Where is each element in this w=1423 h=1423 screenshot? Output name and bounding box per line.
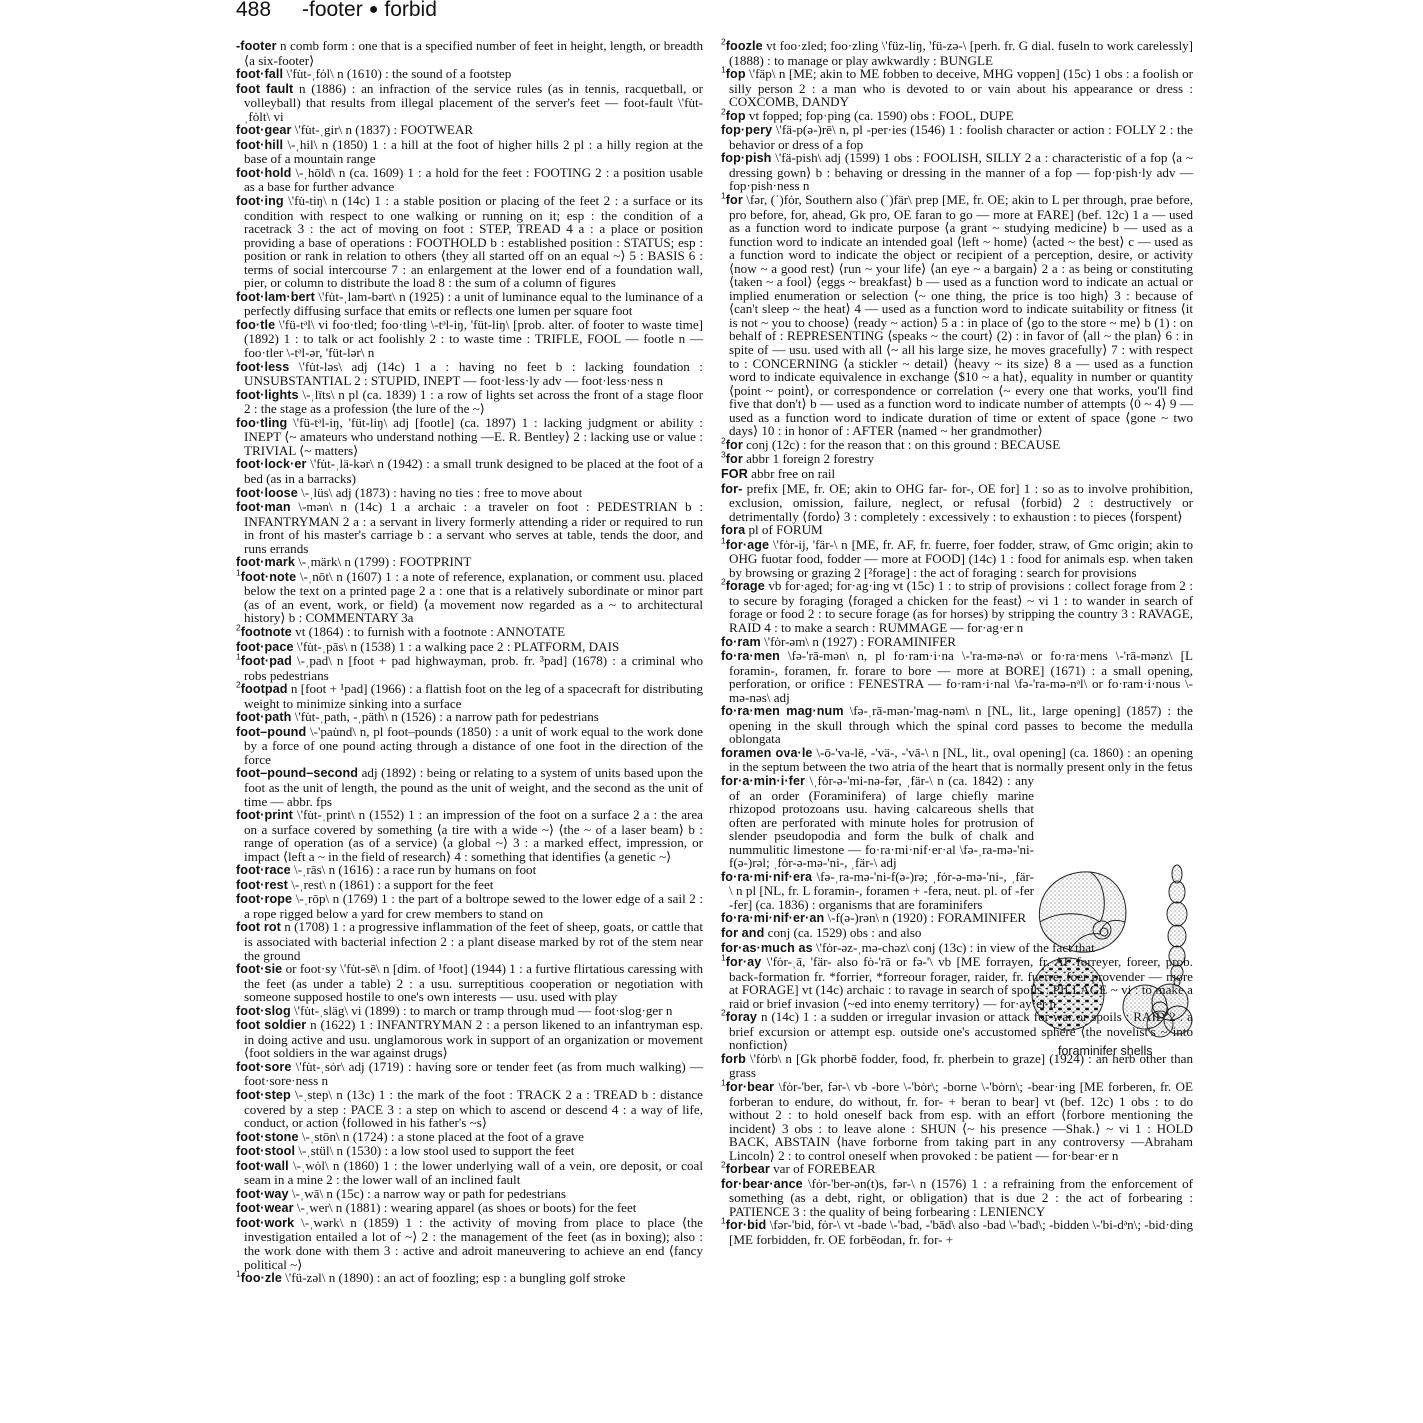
definition-text: \-ˌhil\ n (1850) 1 : a hill at the foot … — [244, 137, 703, 167]
definition-text: \'fu̇t-ləs\ adj (14c) 1 a : having no fe… — [244, 359, 703, 389]
dictionary-entry: foot·hold \-ˌhōld\ n (ca. 1609) 1 : a ho… — [236, 166, 703, 194]
dictionary-entry: foot rot n (1708) 1 : a progressive infl… — [236, 920, 703, 962]
separator-dot: ● — [369, 1, 379, 18]
dictionary-entry: foot·stone \-ˌstōn\ n (1724) : a stone p… — [236, 1130, 703, 1145]
headword: foo·tling — [236, 416, 287, 430]
headword: forb — [721, 1052, 746, 1066]
headword: for — [726, 438, 743, 452]
headword: foot·lock·er — [236, 457, 306, 471]
headword: for·ay — [726, 955, 762, 969]
headword: fop — [726, 67, 746, 81]
headword: for·bear·ance — [721, 1177, 803, 1191]
definition-text: pl of FORUM — [745, 522, 822, 537]
dictionary-entry: 1for \fər, (ˈ)fȯr, Southern also (ˈ)fär\… — [721, 193, 1193, 438]
definition-text: \'fü-tᵊl-iŋ, 'füt-liŋ\ adj [footle] (ca.… — [244, 415, 703, 458]
headword: fo·ra·mi·nif·era — [721, 870, 812, 884]
dictionary-entry: foot·hill \-ˌhil\ n (1850) 1 : a hill at… — [236, 138, 703, 166]
headword: for — [726, 452, 743, 466]
dictionary-entry: fo·ra·men mag·num \fə-ˌrā-mən-'mag-nəm\ … — [721, 704, 1193, 746]
foraminifer-shells-illustration — [1030, 862, 1200, 1062]
headword: foot·sie — [236, 962, 282, 976]
headword: foot·hold — [236, 166, 291, 180]
dictionary-entry: for·bear·ance \fȯr-'ber-ən(t)s, fər-\ n … — [721, 1177, 1193, 1219]
headword: foray — [726, 1010, 757, 1024]
dictionary-entry: fora pl of FORUM — [721, 523, 1193, 538]
headword: foot·wall — [236, 1159, 289, 1173]
headword: foot·print — [236, 808, 293, 822]
definition-text: \-ˌlīts\ n pl (ca. 1839) 1 : a row of li… — [244, 387, 703, 417]
definition-text: \'fäp\ n [ME; akin to ME fobben to decei… — [729, 66, 1193, 109]
headword: for and — [721, 926, 764, 940]
dictionary-entry: foot·lights \-ˌlīts\ n pl (ca. 1839) 1 :… — [236, 388, 703, 416]
definition-text: \'fü-zəl\ n (1890) : an act of foozling;… — [282, 1270, 625, 1285]
running-header: 488-footer●forbid — [236, 0, 437, 22]
dictionary-entry: fo·ra·men \fə-'rā-mən\ n, pl fo·ram·i·na… — [721, 649, 1193, 704]
dictionary-entry: fo·ra·mi·nif·er·an \-f(ə-)rən\ n (1920) … — [721, 911, 1034, 926]
definition-text: vb for·aged; for·ag·ing vt (15c) 1 : to … — [729, 578, 1193, 635]
definition-text: abbr 1 foreign 2 forestry — [743, 451, 874, 466]
headword: foramen ova·le — [721, 746, 813, 760]
headword: foot·man — [236, 500, 291, 514]
dictionary-entry: foot soldier n (1622) 1 : INFANTRYMAN 2 … — [236, 1018, 703, 1060]
figure-caption: foraminifer shells — [1058, 1044, 1152, 1058]
definition-text: \-ˌrās\ n (1616) : a race run by humans … — [291, 862, 536, 877]
definition-text: \-ˌwer\ n (1881) : wearing apparel (as s… — [294, 1200, 637, 1215]
dictionary-entry: FOR abbr free on rail — [721, 467, 1193, 482]
definition-text: \'fu̇t-ˌsȯr\ adj (1719) : having sore or… — [244, 1059, 703, 1089]
definition-text: \-f(ə-)rən\ n (1920) : FORAMINIFER — [824, 910, 1026, 925]
headword: foot·loose — [236, 486, 298, 500]
headword: foo·zle — [241, 1271, 282, 1285]
headword: footpad — [241, 682, 288, 696]
dictionary-entry: foot·stool \-ˌstül\ n (1530) : a low sto… — [236, 1144, 703, 1159]
headword: foot·fall — [236, 67, 283, 81]
dictionary-entry: fop·pish \'fä-pish\ adj (1599) 1 obs : F… — [721, 151, 1193, 193]
headword: foot–pound–second — [236, 766, 358, 780]
headword: foozle — [726, 39, 763, 53]
definition-text: \'fu̇t-ˌpath, -ˌpäth\ n (1526) : a narro… — [291, 709, 598, 724]
headword: foot·lights — [236, 388, 299, 402]
dictionary-entry: foot–pound–second adj (1892) : being or … — [236, 766, 703, 808]
definition-text: n (1622) 1 : INFANTRYMAN 2 : a person li… — [244, 1017, 703, 1060]
definition-text: \'fu̇t-ˌgir\ n (1837) : FOOTWEAR — [291, 122, 473, 137]
headword: foot·race — [236, 863, 291, 877]
headword: foot·work — [236, 1216, 294, 1230]
headword: forbear — [726, 1162, 770, 1176]
headword: foot·wear — [236, 1201, 294, 1215]
definition-text: \'fu̇t-ˌfȯl\ n (1610) : the sound of a f… — [283, 66, 511, 81]
definition-text: \fə-'rā-mən\ n, pl fo·ram·i·na \-'ra-mə-… — [729, 648, 1193, 705]
definition-text: \'fä-pish\ adj (1599) 1 obs : FOOLISH, S… — [729, 150, 1193, 193]
dictionary-entry: foramen ova·le \-ō-'va-lē, -'vä-, -'vā-\… — [721, 746, 1193, 774]
definition-text: n (1708) 1 : a progressive inflammation … — [244, 919, 703, 962]
headword: foot·rest — [236, 878, 288, 892]
headword: fo·ra·men — [721, 649, 780, 663]
headword: for·as·much as — [721, 941, 813, 955]
guide-word-last: forbid — [384, 0, 437, 21]
headword: foot·pad — [241, 654, 292, 668]
definition-text: vt (1864) : to furnish with a footnote :… — [292, 624, 565, 639]
headword: fop·pery — [721, 123, 772, 137]
definition-text: n [foot + ¹pad] (1966) : a flattish foot… — [244, 681, 703, 711]
headword: fo·ram — [721, 635, 761, 649]
definition-text: n (1886) : an infraction of the service … — [244, 81, 703, 124]
definition-text: \-ˌmärk\ n (1799) : FOOTPRINT — [295, 554, 471, 569]
headword: foo·tle — [236, 318, 275, 332]
definition-text: conj (12c) : for the reason that : on th… — [743, 437, 1060, 452]
definition-text: \-ˌstep\ n (13c) 1 : the mark of the foo… — [244, 1087, 703, 1130]
headword: foot·way — [236, 1187, 289, 1201]
dictionary-entry: foot·print \'fu̇t-ˌprint\ n (1552) 1 : a… — [236, 808, 703, 863]
dictionary-entry: foot fault n (1886) : an infraction of t… — [236, 82, 703, 124]
headword: forage — [726, 579, 765, 593]
right-column: 2foozle vt foo·zled; foo·zling \'füz-liŋ… — [721, 39, 1193, 1247]
dictionary-entry: foot·rope \-ˌrōp\ n (1769) 1 : the part … — [236, 892, 703, 920]
headword: foot soldier — [236, 1018, 306, 1032]
headword: foot·stone — [236, 1130, 299, 1144]
definition-text: \'fu̇t-ˌlä-kər\ n (1942) : a small trunk… — [244, 456, 703, 486]
headword: for- — [721, 482, 742, 496]
definition-text: \-ˌhōld\ n (ca. 1609) 1 : a hold for the… — [244, 165, 703, 195]
definition-text: \'fu̇t-ˌpās\ n (1538) 1 : a walking pace… — [294, 639, 620, 654]
definition-text: abbr free on rail — [748, 466, 835, 481]
dictionary-entry: 1foot·pad \-ˌpad\ n [foot + pad highwaym… — [236, 654, 703, 682]
definition-text: \'fȯr-ij, 'fär-\ n [ME, fr. AF, fr. fuer… — [729, 537, 1193, 580]
definition-text: vt fopped; fop·ping (ca. 1590) obs : FOO… — [746, 108, 1014, 123]
headword: FOR — [721, 467, 748, 481]
headword: foot·hill — [236, 138, 283, 152]
definition-text: \'fä-p(ə-)rē\ n, pl -per·ies (1546) 1 : … — [729, 122, 1193, 152]
headword: fo·ra·mi·nif·er·an — [721, 911, 824, 925]
definition-text: \-ˌstōn\ n (1724) : a stone placed at th… — [299, 1129, 584, 1144]
definition-text: prefix [ME, fr. OE; akin to OHG far- for… — [729, 481, 1193, 524]
dictionary-entry: foot·mark \-ˌmärk\ n (1799) : FOOTPRINT — [236, 555, 703, 570]
definition-text: \-ˌrest\ n (1861) : a support for the fe… — [288, 877, 493, 892]
definition-text: \fər-'bid, fȯr-\ vt -bade \-'bad, -'bād\… — [729, 1217, 1193, 1247]
headword: foot·lam·bert — [236, 290, 315, 304]
dictionary-entry: foot·lock·er \'fu̇t-ˌlä-kər\ n (1942) : … — [236, 457, 703, 485]
dictionary-entry: foo·tling \'fü-tᵊl-iŋ, 'füt-liŋ\ adj [fo… — [236, 416, 703, 458]
headword: foot·less — [236, 360, 289, 374]
dictionary-entry: foot·gear \'fu̇t-ˌgir\ n (1837) : FOOTWE… — [236, 123, 703, 138]
definition-text: \-mən\ n (14c) 1 a archaic : a traveler … — [244, 499, 703, 556]
definition-text: \'fu̇t-ˌsläg\ vi (1899) : to march or tr… — [291, 1003, 673, 1018]
dictionary-entry: foot·man \-mən\ n (14c) 1 a archaic : a … — [236, 500, 703, 555]
headword: foot·path — [236, 710, 291, 724]
dictionary-entry: 1foo·zle \'fü-zəl\ n (1890) : an act of … — [236, 1271, 703, 1286]
headword: foot·rope — [236, 892, 292, 906]
headword: fop — [726, 109, 746, 123]
headword: -footer — [236, 39, 277, 53]
headword: for·a·min·i·fer — [721, 774, 805, 788]
headword: foot·note — [241, 570, 296, 584]
dictionary-entry: foot·work \-ˌwərk\ n (1859) 1 : the acti… — [236, 1216, 703, 1271]
definition-text: \-ˌrōp\ n (1769) 1 : the part of a boltr… — [244, 891, 703, 921]
dictionary-entry: for·a·min·i·fer \ˌfȯr-ə-'mi-nə-fər, ˌfär… — [721, 774, 1034, 870]
headword: foot·ing — [236, 194, 284, 208]
dictionary-entry: fo·ram \'fȯr-əm\ n (1927) : FORAMINIFER — [721, 635, 1193, 650]
headword: for·bear — [726, 1080, 774, 1094]
headword: foot·stool — [236, 1144, 295, 1158]
definition-text: \-'pau̇nd\ n, pl foot–pounds (1850) : a … — [244, 724, 703, 767]
definition-text: \fȯr-'ber, fər-\ vb -bore \-'bȯr\; -born… — [729, 1079, 1193, 1163]
shell-drawing-icon — [1030, 862, 1200, 1042]
headword: for·age — [726, 538, 769, 552]
dictionary-entry: 3for abbr 1 foreign 2 forestry — [721, 452, 1193, 467]
definition-text: \-ˌwȯl\ n (1860) 1 : the lower underlyin… — [244, 1158, 703, 1188]
headword: foot·step — [236, 1088, 291, 1102]
definition-text: \-ˌnōt\ n (1607) 1 : a note of reference… — [244, 569, 703, 626]
headword: foot·mark — [236, 555, 295, 569]
dictionary-entry: foot·step \-ˌstep\ n (13c) 1 : the mark … — [236, 1088, 703, 1130]
dictionary-entry: foot·loose \-ˌlüs\ adj (1873) : having n… — [236, 486, 703, 501]
dictionary-entry: 2footpad n [foot + ¹pad] (1966) : a flat… — [236, 682, 703, 710]
definition-text: \-ˌwərk\ n (1859) 1 : the activity of mo… — [244, 1215, 703, 1272]
dictionary-entry: 2foozle vt foo·zled; foo·zling \'füz-liŋ… — [721, 39, 1193, 67]
dictionary-entry: -footer n comb form : one that is a spec… — [236, 39, 703, 67]
definition-text: \'fu̇-tiŋ\ n (14c) 1 : a stable position… — [244, 193, 703, 290]
dictionary-entry: 1for·bear \fȯr-'ber, fər-\ vb -bore \-'b… — [721, 1080, 1193, 1162]
dictionary-entry: fo·ra·mi·nif·era \fə-ˌra-mə-'ni-f(ə-)rə;… — [721, 870, 1034, 912]
headword: foot·gear — [236, 123, 291, 137]
headword: for·bid — [726, 1218, 767, 1232]
definition-text: \-ˌlüs\ adj (1873) : having no ties : fr… — [298, 485, 582, 500]
dictionary-entry: 2fop vt fopped; fop·ping (ca. 1590) obs … — [721, 109, 1193, 124]
definition-text: vt foo·zled; foo·zling \'füz-liŋ, 'fü-zə… — [729, 38, 1193, 68]
headword: foot·pace — [236, 640, 294, 654]
dictionary-entry: foot·way \-ˌwā\ n (15c) : a narrow way o… — [236, 1187, 703, 1202]
dictionary-entry: 2forage vb for·aged; for·ag·ing vt (15c)… — [721, 579, 1193, 634]
dictionary-entry: foot·path \'fu̇t-ˌpath, -ˌpäth\ n (1526)… — [236, 710, 703, 725]
definition-text: \-ˌwā\ n (15c) : a narrow way or path fo… — [289, 1186, 566, 1201]
dictionary-entry: foot·wall \-ˌwȯl\ n (1860) 1 : the lower… — [236, 1159, 703, 1187]
headword: foot·sore — [236, 1060, 291, 1074]
dictionary-entry: 2footnote vt (1864) : to furnish with a … — [236, 625, 703, 640]
dictionary-entry: foo·tle \'fü-tᵊl\ vi foo·tled; foo·tling… — [236, 318, 703, 360]
definition-text: \ˌfȯr-ə-'mi-nə-fər, ˌfär-\ n (ca. 1842) … — [729, 773, 1034, 870]
headword: fo·ra·men mag·num — [721, 704, 844, 718]
definition-text: n comb form : one that is a specified nu… — [244, 38, 703, 68]
dictionary-entry: foot–pound \-'pau̇nd\ n, pl foot–pounds … — [236, 725, 703, 767]
headword: foot fault — [236, 82, 293, 96]
dictionary-entry: foot·less \'fu̇t-ləs\ adj (14c) 1 a : ha… — [236, 360, 703, 388]
headword: foot·slog — [236, 1004, 291, 1018]
dictionary-entry: foot·lam·bert \'fu̇t-ˌlam-bərt\ n (1925)… — [236, 290, 703, 318]
definition-text: \fər, (ˈ)fȯr, Southern also (ˈ)fär\ prep… — [729, 192, 1193, 438]
definition-text: \-ˌpad\ n [foot + pad highwayman, prob. … — [244, 653, 703, 683]
headword: footnote — [241, 625, 292, 639]
guide-word-first: -footer — [302, 0, 363, 21]
dictionary-entry: foot·wear \-ˌwer\ n (1881) : wearing app… — [236, 1201, 703, 1216]
dictionary-entry: foot·pace \'fu̇t-ˌpās\ n (1538) 1 : a wa… — [236, 640, 703, 655]
dictionary-entry: 2forbear var of FOREBEAR — [721, 1162, 1193, 1177]
dictionary-entry: 1for·bid \fər-'bid, fȯr-\ vt -bade \-'ba… — [721, 1218, 1193, 1246]
dictionary-entry: foot·slog \'fu̇t-ˌsläg\ vi (1899) : to m… — [236, 1004, 703, 1019]
page-number: 488 — [236, 0, 302, 22]
headword: fop·pish — [721, 151, 771, 165]
dictionary-entry: 1for·age \'fȯr-ij, 'fär-\ n [ME, fr. AF,… — [721, 538, 1193, 580]
definition-text: conj (ca. 1529) obs : and also — [764, 925, 921, 940]
definition-text: \-ˌstül\ n (1530) : a low stool used to … — [295, 1143, 574, 1158]
dictionary-entry: for- prefix [ME, fr. OE; akin to OHG far… — [721, 482, 1193, 524]
dictionary-entry: foot·rest \-ˌrest\ n (1861) : a support … — [236, 878, 703, 893]
headword: foot rot — [236, 920, 281, 934]
definition-text: \'fü-tᵊl\ vi foo·tled; foo·tling \-tᵊl-i… — [244, 317, 703, 360]
dictionary-entry: foot·sie or foot·sy \'fu̇t-sē\ n [dim. o… — [236, 962, 703, 1004]
definition-text: var of FOREBEAR — [770, 1161, 876, 1176]
dictionary-entry: fop·pery \'fä-p(ə-)rē\ n, pl -per·ies (1… — [721, 123, 1193, 151]
dictionary-entry: foot·race \-ˌrās\ n (1616) : a race run … — [236, 863, 703, 878]
dictionary-entry: foot·fall \'fu̇t-ˌfȯl\ n (1610) : the so… — [236, 67, 703, 82]
dictionary-entry: 1foot·note \-ˌnōt\ n (1607) 1 : a note o… — [236, 570, 703, 625]
definition-text: \'fu̇t-ˌprint\ n (1552) 1 : an impressio… — [244, 807, 703, 864]
definition-text: \'fȯr-əm\ n (1927) : FORAMINIFER — [761, 634, 956, 649]
definition-text: or foot·sy \'fu̇t-sē\ n [dim. of ¹foot] … — [244, 961, 703, 1004]
dictionary-entry: foot·sore \'fu̇t-ˌsȯr\ adj (1719) : havi… — [236, 1060, 703, 1088]
dictionary-entry: 1fop \'fäp\ n [ME; akin to ME fobben to … — [721, 67, 1193, 109]
headword: foot–pound — [236, 725, 306, 739]
dictionary-entry: foot·ing \'fu̇-tiŋ\ n (14c) 1 : a stable… — [236, 194, 703, 290]
headword: for — [726, 193, 743, 207]
left-column: -footer n comb form : one that is a spec… — [236, 39, 703, 1286]
